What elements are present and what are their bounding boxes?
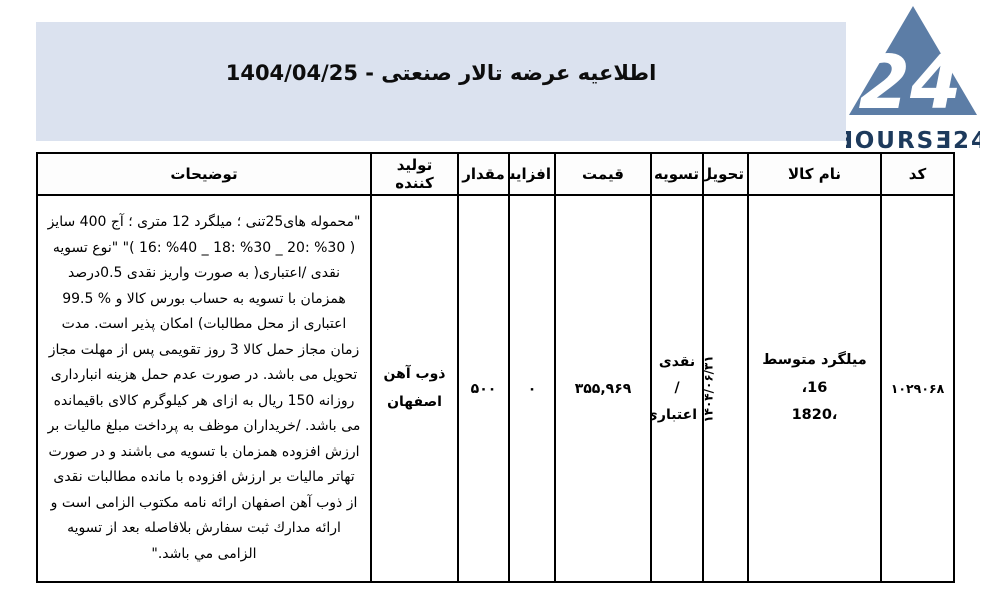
cell-price: ۳۵۵,۹۶۹ (555, 195, 651, 582)
column-header-delivery: تحویل (703, 153, 748, 195)
column-header-increase: افزایش (509, 153, 555, 195)
column-header-producer: تولید کننده (371, 153, 458, 195)
column-header-price: قیمت (555, 153, 651, 195)
column-header-product-name: نام کالا (748, 153, 881, 195)
bourse24-logo: 24 ƎOURSƎ24 (846, 2, 980, 154)
announcement-table: کد نام کالا تحویل تسویه قیمت افزایش مقدا… (36, 152, 955, 583)
title-banner: اطلاعیه عرضه تالار صنعتی - 1404/04/25 (36, 22, 846, 141)
cell-quantity: ۵۰۰ (458, 195, 509, 582)
column-header-settlement: تسویه (651, 153, 703, 195)
logo-wordmark: ƎOURSƎ24 (846, 128, 980, 154)
column-header-description: توضیحات (37, 153, 371, 195)
cell-settlement: نقدی / اعتباری (651, 195, 703, 582)
cell-increase: ۰ (509, 195, 555, 582)
cell-code: ۱۰۲۹۰۶۸ (881, 195, 954, 582)
column-header-quantity: مقدار (458, 153, 509, 195)
column-header-code: کد (881, 153, 954, 195)
cell-product-name: میلگرد متوسط 16، ،1820 (748, 195, 881, 582)
announcement-table-wrap: کد نام کالا تحویل تسویه قیمت افزایش مقدا… (36, 152, 955, 583)
bourse24-logo-graphic: 24 ƎOURSƎ24 (846, 2, 980, 154)
cell-producer: ذوب آهن اصفهان (371, 195, 458, 582)
table-header-row: کد نام کالا تحویل تسویه قیمت افزایش مقدا… (37, 153, 954, 195)
logo-numeral: 24 (859, 40, 962, 126)
delivery-date-vertical: ۱۴۰۴/۰۶/۳۱ (703, 355, 715, 422)
announcement-page: اطلاعیه عرضه تالار صنعتی - 1404/04/25 24… (0, 0, 984, 592)
cell-delivery: ۱۴۰۴/۰۶/۳۱ (703, 195, 748, 582)
cell-description: "محموله های25تنی ؛ میلگرد 12 متری ؛ آج 4… (37, 195, 371, 582)
page-title: اطلاعیه عرضه تالار صنعتی - 1404/04/25 (226, 61, 657, 85)
table-row: ۱۰۲۹۰۶۸ میلگرد متوسط 16، ،1820 ۱۴۰۴/۰۶/۳… (37, 195, 954, 582)
